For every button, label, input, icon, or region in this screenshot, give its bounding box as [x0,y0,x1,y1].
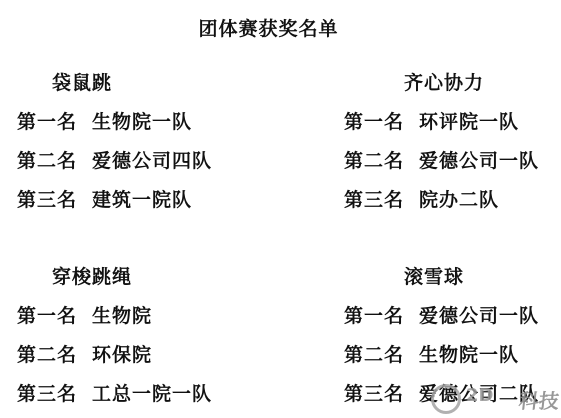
team-name: 环评院一队 [419,111,519,133]
award-row: 第三名建筑一院队 [17,189,281,211]
rank-label: 第二名 [344,150,404,172]
team-name: 生物院一队 [419,344,519,366]
rank-label: 第三名 [17,383,77,405]
rank-label: 第二名 [17,344,77,366]
award-row: 第三名院办二队 [344,189,561,211]
team-name: 环保院 [92,344,152,366]
award-row: 第二名生物院一队 [344,344,561,366]
rank-label: 第一名 [344,111,404,133]
award-row: 第一名生物院 [17,305,281,327]
award-row: 第一名环评院一队 [344,111,561,133]
award-row: 第三名爱德公司二队 [344,383,561,405]
award-row: 第一名生物院一队 [17,111,281,133]
team-name: 工总一院一队 [92,383,212,405]
team-name: 生物院一队 [92,111,192,133]
team-name: 爱德公司一队 [419,150,539,172]
award-row: 第二名环保院 [17,344,281,366]
event-title: 袋鼠跳 [52,72,281,94]
rank-label: 第一名 [17,305,77,327]
rank-label: 第三名 [344,189,404,211]
section-event-1: 齐心协力 第一名环评院一队 第二名爱德公司一队 第三名院办二队 [281,72,561,228]
event-title: 穿梭跳绳 [52,266,281,288]
team-name: 建筑一院队 [92,189,192,211]
award-row: 第二名爱德公司一队 [344,150,561,172]
award-row: 第二名爱德公司四队 [17,150,281,172]
award-grid: 袋鼠跳 第一名生物院一队 第二名爱德公司四队 第三名建筑一院队 齐心协力 第一名… [0,72,561,418]
rank-label: 第三名 [17,189,77,211]
award-row: 第三名工总一院一队 [17,383,281,405]
page-title: 团体赛获奖名单 [0,17,561,41]
team-name: 爱德公司二队 [419,383,539,405]
team-name: 生物院 [92,305,152,327]
section-event-3: 滚雪球 第一名爱德公司一队 第二名生物院一队 第三名爱德公司二队 [281,266,561,418]
section-event-2: 穿梭跳绳 第一名生物院 第二名环保院 第三名工总一院一队 [0,266,281,418]
event-title: 齐心协力 [404,72,561,94]
document-page: 团体赛获奖名单 袋鼠跳 第一名生物院一队 第二名爱德公司四队 第三名建筑一院队 … [0,17,561,418]
event-title: 滚雪球 [404,266,561,288]
rank-label: 第一名 [344,305,404,327]
team-name: 爱德公司一队 [419,305,539,327]
rank-label: 第一名 [17,111,77,133]
award-row: 第一名爱德公司一队 [344,305,561,327]
rank-label: 第三名 [344,383,404,405]
rank-label: 第二名 [344,344,404,366]
rank-label: 第二名 [17,150,77,172]
team-name: 爱德公司四队 [92,150,212,172]
team-name: 院办二队 [419,189,499,211]
section-event-0: 袋鼠跳 第一名生物院一队 第二名爱德公司四队 第三名建筑一院队 [0,72,281,228]
